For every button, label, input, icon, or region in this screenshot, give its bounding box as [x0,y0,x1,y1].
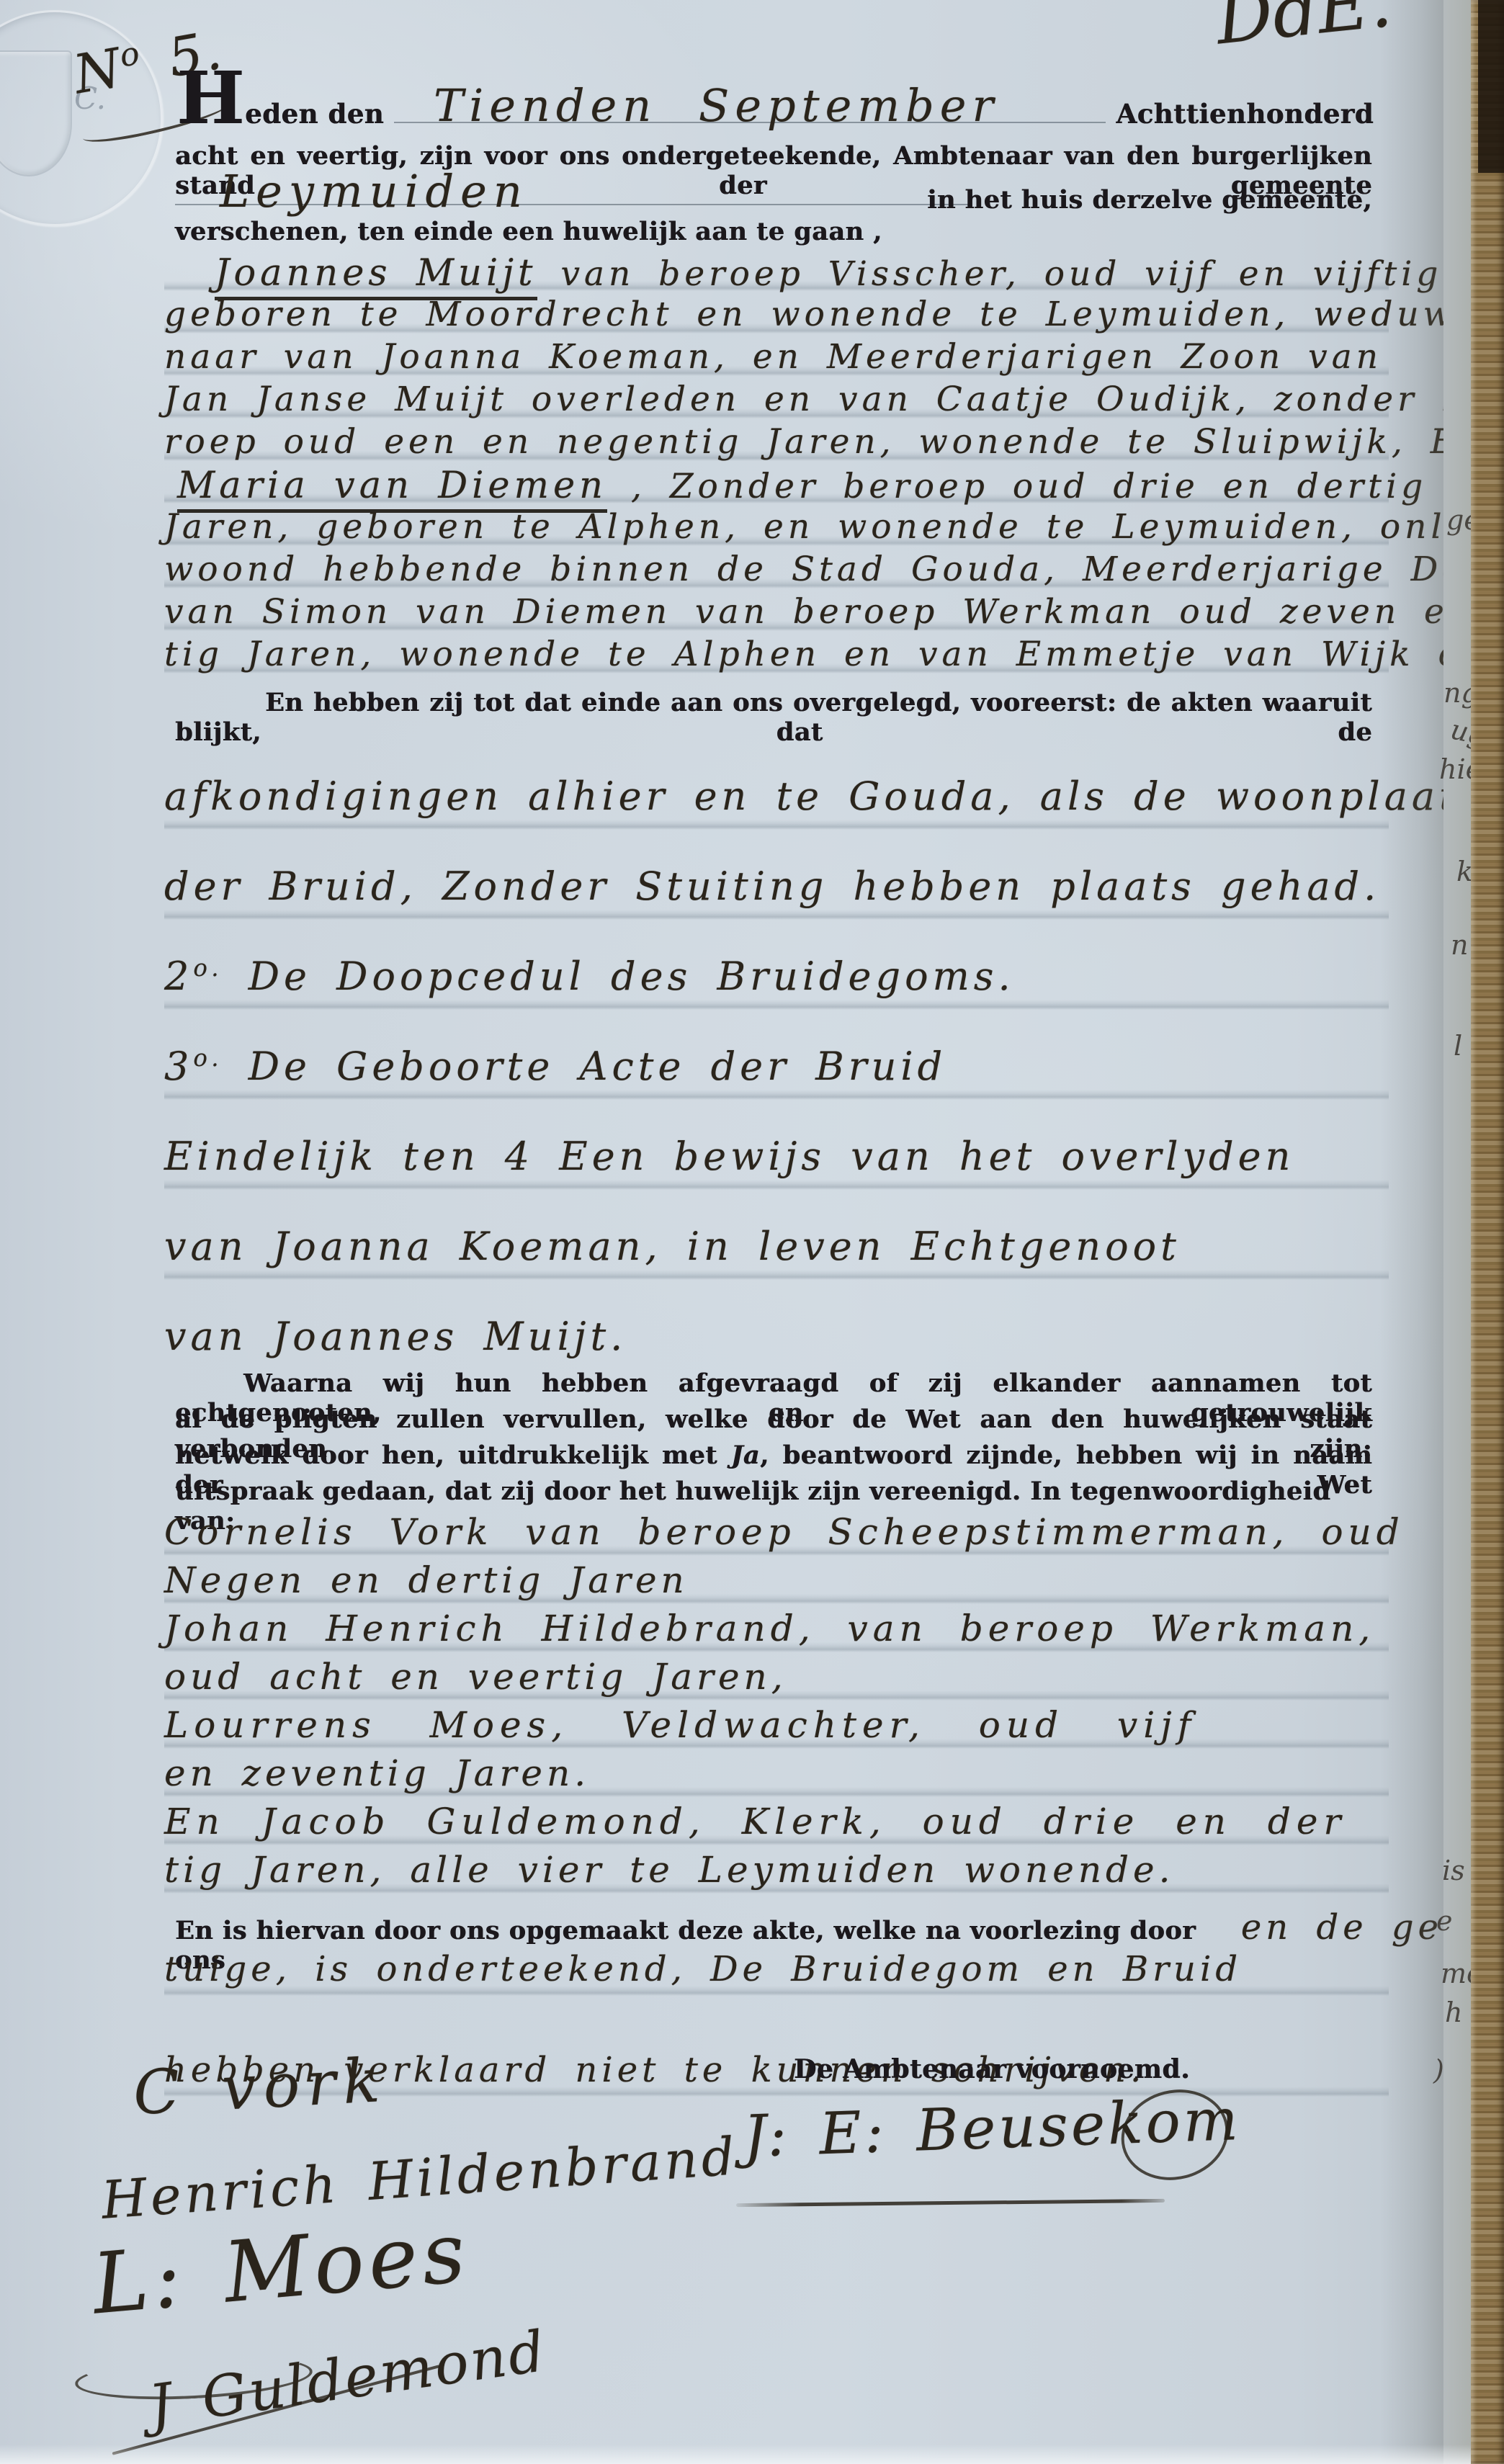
witness-line-8-text: tig Jaren, alle vier te Leymuiden wonend… [164,1849,1175,1891]
next-page-fragment: n [1451,929,1468,961]
printed-heden-den: eden den [245,98,384,130]
bride-line-1-rest: , Zonder beroep oud drie en dertig [631,467,1427,506]
printed-year: Achttienhonderd [1116,98,1374,130]
witness-line-3: Johan Henrich Hildebrand, van beroep Wer… [164,1608,1389,1656]
finally-line: Eindelijk ten 4 Een bewijs van het overl… [164,1103,1389,1193]
groom-line-2: geboren te Moordrecht en wonende te Leym… [164,295,1389,337]
vows-line-3-pre: hetwelk door hen, uitdrukkelijk met [175,1441,731,1470]
item-2-text: De Doopcedul des Bruidegoms. [249,954,1015,999]
witness-line-3-text: Johan Henrich Hildebrand, van beroep Wer… [164,1608,1375,1649]
bride-line-3-text: woond hebbende binnen de Stad Gouda, Mee… [164,550,1504,589]
closing-handwritten-1-text: tuige, is onderteekend, De Bruidegom en … [164,1949,1242,1989]
groom-line-5-text: roep oud een en negentig Jaren, wonende … [164,422,1485,462]
witness-line-5-text: Lourrens Moes, Veldwachter, oud vijf [164,1704,1196,1746]
official-title: De Ambtenaar voornoemd. [794,2054,1190,2084]
date-blank-line: Tienden September [394,87,1106,123]
coat-of-arms-icon [0,50,72,176]
book-binding-edge [1471,0,1504,2464]
book-binding-dark-corner [1478,0,1504,173]
banns-line-2: der Bruid, Zonder Stuiting hebben plaats… [164,833,1389,923]
witness-line-2: Negen en dertig Jaren [164,1559,1389,1608]
item-2-ordinal: o. [193,954,223,982]
witness-line-8: tig Jaren, alle vier te Leymuiden wonend… [164,1849,1389,1897]
bride-line-1: Maria van Diemen , Zonder beroep oud dri… [164,465,1389,507]
drop-cap-initial: H [176,69,245,127]
printed-in-het-huis: in het huis derzelve gemeente, [927,185,1372,215]
bride-line-4-text: van Simon van Diemen van beroep Werkman … [164,592,1504,632]
banns-line-2-text: der Bruid, Zonder Stuiting hebben plaats… [164,864,1380,909]
bride-line-2-text: Jaren, geboren te Alphen, en wonende te … [164,507,1504,547]
groom-line-4-text: Jan Janse Muijt overleden en van Caatje … [164,380,1492,419]
signature-guldemond: J Guldemond [145,2319,550,2439]
bride-line-4: van Simon van Diemen van beroep Werkman … [164,592,1389,635]
next-page-fragment: is [1442,1855,1465,1886]
next-page-fragment: ) [1433,2054,1444,2086]
witness-line-5: Lourrens Moes, Veldwachter, oud vijf [164,1704,1389,1752]
banns-line-1: afkondigingen alhier en te Gouda, als de… [164,743,1389,833]
witness-line-6: en zeventig Jaren. [164,1752,1389,1801]
header-line-1: H eden den Tienden September Achttienhon… [176,69,1374,130]
witness-line-4: oud acht en veertig Jaren, [164,1656,1389,1704]
groom-line-2-text: geboren te Moordrecht en wonende te Leym… [164,295,1481,334]
next-page-fragment: l [1454,1030,1462,1062]
closing-handwritten-1: tuige, is onderteekend, De Bruidegom en … [164,1949,1389,1999]
item-3-text: De Geboorte Acte der Bruid [249,1044,946,1089]
handwritten-date: Tienden September [434,79,999,132]
item-3-ordinal: o. [193,1044,223,1072]
vows-line-4: uitspraak gedaan, dat zij door het huwel… [175,1477,1372,1513]
witness-line-2-text: Negen en dertig Jaren [164,1559,689,1601]
groom-line-3: naar van Joanna Koeman, en Meerderjarige… [164,337,1389,380]
witness-line-4-text: oud acht en veertig Jaren, [164,1656,787,1698]
groom-line-1: Joannes Muijt van beroep Visscher, oud v… [164,252,1389,295]
groom-line-1-rest: van beroep Visscher, oud vijf en vijftig… [560,254,1504,294]
koeman-line-text: van Joanna Koeman, in leven Echtgenoot [164,1224,1181,1269]
page-bottom-edge [0,2445,1504,2464]
banns-line-1-text: afkondigingen alhier en te Gouda, als de… [164,774,1484,819]
witnesses-block: Cornelis Vork van beroep Scheepstimmerma… [164,1511,1389,1897]
witness-line-1: Cornelis Vork van beroep Scheepstimmerma… [164,1511,1389,1559]
groom-line-5: roep oud een en negentig Jaren, wonende … [164,422,1389,465]
bride-line-3: woond hebbende binnen de Stad Gouda, Mee… [164,550,1389,592]
item-2-number: 2 [164,954,193,999]
item-3-number: 3 [164,1044,193,1089]
document-item-2: 2o. De Doopcedul des Bruidegoms. [164,923,1389,1013]
witness-line-1-text: Cornelis Vork van beroep Scheepstimmerma… [164,1511,1405,1553]
finally-line-text: Eindelijk ten 4 Een bewijs van het overl… [164,1134,1294,1179]
muijt-line-text: van Joannes Muijt. [164,1314,627,1359]
bride-line-2: Jaren, geboren te Alphen, en wonende te … [164,507,1389,550]
groom-name: Joannes Muijt [215,252,537,300]
groom-line-4: Jan Janse Muijt overleden en van Caatje … [164,380,1389,422]
vows-paragraph: Waarna wij hun hebben afgevraagd of zij … [175,1368,1372,1513]
registrar-paraph: DdE. [1212,0,1396,61]
muijt-line: van Joannes Muijt. [164,1283,1389,1374]
bride-line-5-text: tig Jaren, wonende te Alphen en van Emme… [164,635,1504,674]
signature-vork: C vork [132,2045,389,2128]
witness-line-7: En Jacob Guldemond, Klerk, oud drie en d… [164,1801,1389,1849]
vows-line-2: al de pligten zullen vervullen, welke do… [175,1405,1372,1441]
vows-line-3: hetwelk door hen, uitdrukkelijk met Ja, … [175,1441,1372,1477]
witness-line-6-text: en zeventig Jaren. [164,1752,590,1794]
official-signature-underline [736,2199,1165,2207]
handwritten-municipality: Leymuiden [220,165,529,218]
vows-ja-word: Ja [731,1441,760,1470]
parties-block: Joannes Muijt van beroep Visscher, oud v… [164,252,1389,677]
next-page-fragment: h [1445,1997,1462,2028]
document-item-3: 3o. De Geboorte Acte der Bruid [164,1013,1389,1103]
groom-line-3-text: naar van Joanna Koeman, en Meerderjarige… [164,337,1382,377]
documents-printed-intro: En hebben zij tot dat einde aan ons over… [175,688,1372,747]
header-line-3: Leymuiden in het huis derzelve gemeente, [175,175,1372,221]
vows-line-1: Waarna wij hun hebben afgevraagd of zij … [175,1368,1372,1405]
next-page-fragment: e [1436,1905,1453,1937]
bride-line-5: tig Jaren, wonende te Alphen en van Emme… [164,635,1389,677]
header-line-4: verschenen, ten einde een huwelijk aan t… [175,217,882,246]
witness-line-7-text: En Jacob Guldemond, Klerk, oud drie en d… [164,1801,1346,1842]
documents-block: afkondigingen alhier en te Gouda, als de… [164,743,1389,1374]
bride-name: Maria van Diemen [177,465,607,513]
marriage-record-page: C. No 5. DdE. H eden den Tienden Septemb… [0,0,1504,2464]
koeman-line: van Joanna Koeman, in leven Echtgenoot [164,1193,1389,1283]
